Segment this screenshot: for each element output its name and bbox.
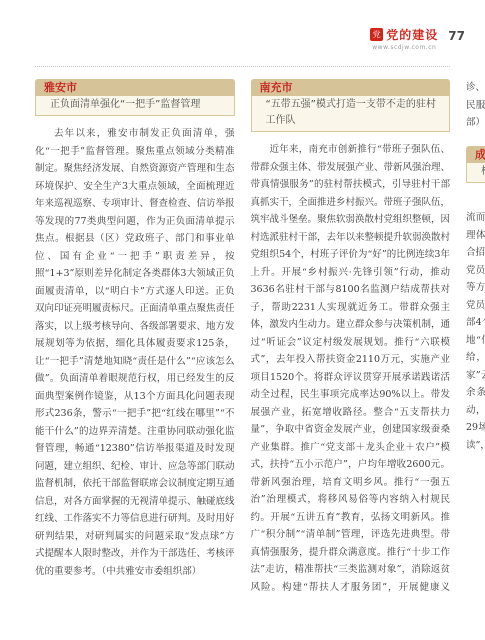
section-title-text: 正负面清单强化“一把手”监督管理: [35, 96, 235, 116]
section-header-yaan: 雅安市 正负面清单强化“一把手”监督管理: [35, 79, 235, 116]
section-header-chengdu-xindu: 成都市新都区 构建流动党员全链条教育管理体系: [466, 146, 485, 183]
article-body-text: 去年以来，雅安市制发正负面清单，强化“一把手”监督管理。聚焦重点领域分类精准制定…: [35, 125, 235, 580]
magazine-page: 党 党的建设 www.scdjw.com.cn 77 雅安市 正负面清单强化“一…: [0, 0, 485, 640]
brand-name: 党的建设: [386, 26, 438, 43]
magazine-logo: 党 党的建设 www.scdjw.com.cn: [370, 26, 438, 51]
section-title-text: “五带五强”模式打造一支带不走的驻村工作队: [251, 96, 451, 132]
page-header: 党 党的建设 www.scdjw.com.cn 77: [0, 0, 485, 56]
section-city-label: 成都市新都区: [466, 146, 485, 163]
section-city-label: 南充市: [251, 79, 451, 96]
article-yaan: 雅安市 正负面清单强化“一把手”监督管理 去年以来，雅安市制发正负面清单，强化“…: [35, 79, 235, 580]
section-city-label: 雅安市: [35, 79, 235, 96]
header-divider: [35, 66, 450, 67]
article-nanchong: 南充市 “五带五强”模式打造一支带不走的驻村工作队 近年来，南充市创新推行“带班…: [251, 79, 485, 607]
seal-icon: 党: [370, 28, 383, 41]
page-number: 77: [448, 29, 465, 43]
logo-row: 党 党的建设: [370, 26, 438, 43]
article-body-text: 今年，成都市新都区着力构建“流而不散、流而有学、流而有为”的流动党员全链条教育管…: [466, 192, 485, 455]
article-chengdu-xindu: 成都市新都区 构建流动党员全链条教育管理体系 今年，成都市新都区着力构建“流而不…: [466, 146, 485, 455]
site-url: www.scdjw.com.cn: [372, 44, 436, 51]
section-title-text: 构建流动党员全链条教育管理体系: [466, 163, 485, 183]
section-header-nanchong: 南充市 “五带五强”模式打造一支带不走的驻村工作队: [251, 79, 451, 132]
article-columns: 雅安市 正负面清单强化“一把手”监督管理 去年以来，雅安市制发正负面清单，强化“…: [35, 79, 450, 607]
article-body-text: 近年来，南充市创新推行“带班子强队伍、带群众强主体、带发展强产业、带新风强治理、…: [251, 79, 485, 607]
